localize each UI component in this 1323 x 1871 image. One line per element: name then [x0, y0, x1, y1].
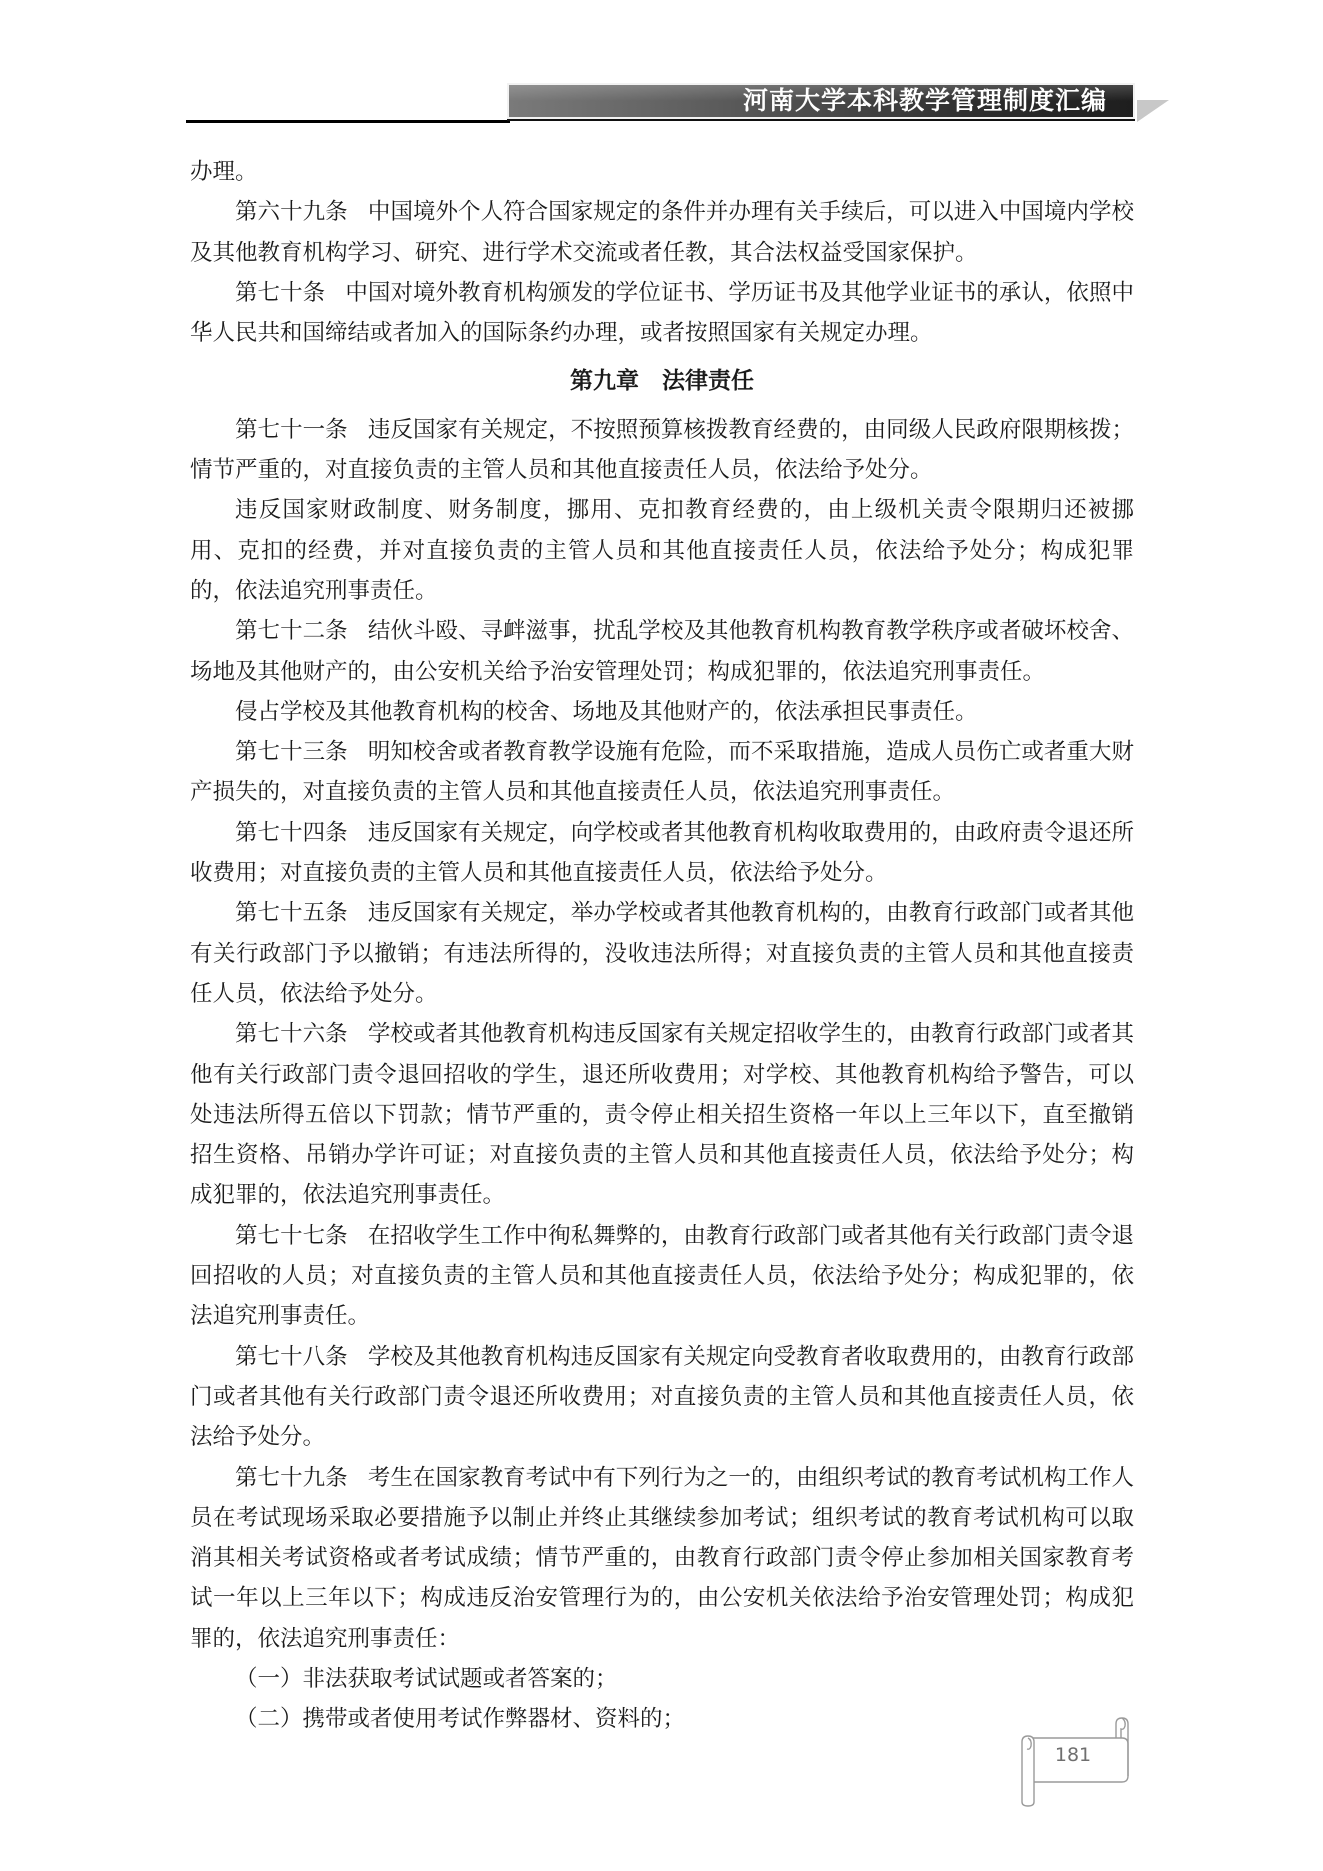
article-number: 第六十九条: [235, 199, 348, 225]
article-79-item-2: （二）携带或者使用考试作弊器材、资料的；: [190, 1699, 1134, 1739]
article-74: 第七十四条违反国家有关规定，向学校或者其他教育机构收取费用的，由政府责令退还所收…: [190, 813, 1134, 894]
article-71-paragraph-2: 违反国家财政制度、财务制度，挪用、克扣教育经费的，由上级机关责令限期归还被挪用、…: [190, 490, 1134, 611]
article-number: 第七十六条: [235, 1021, 348, 1047]
page-number: 181: [1048, 1744, 1098, 1766]
article-69: 第六十九条中国境外个人符合国家规定的条件并办理有关手续后，可以进入中国境内学校及…: [190, 192, 1134, 273]
running-header-title: 河南大学本科教学管理制度汇编: [743, 86, 1107, 116]
document-body: 办理。 第六十九条中国境外个人符合国家规定的条件并办理有关手续后，可以进入中国境…: [190, 152, 1134, 1740]
article-76: 第七十六条学校或者其他教育机构违反国家有关规定招收学生的，由教育行政部门或者其他…: [190, 1014, 1134, 1215]
article-79: 第七十九条考生在国家教育考试中有下列行为之一的，由组织考试的教育考试机构工作人员…: [190, 1458, 1134, 1659]
article-75: 第七十五条违反国家有关规定，举办学校或者其他教育机构的，由教育行政部门或者其他有…: [190, 893, 1134, 1014]
article-text: 学校或者其他教育机构违反国家有关规定招收学生的，由教育行政部门或者其他有关行政部…: [190, 1021, 1134, 1208]
article-77: 第七十七条在招收学生工作中徇私舞弊的，由教育行政部门或者其他有关行政部门责令退回…: [190, 1216, 1134, 1337]
header-fold-decoration: [1137, 100, 1169, 122]
article-number: 第七十八条: [235, 1344, 348, 1370]
header-rule: [186, 120, 510, 123]
article-number: 第七十二条: [235, 618, 348, 644]
article-number: 第七十一条: [235, 417, 348, 443]
article-number: 第七十三条: [235, 739, 348, 765]
article-79-item-1: （一）非法获取考试试题或者答案的；: [190, 1659, 1134, 1699]
article-78: 第七十八条学校及其他教育机构违反国家有关规定向受教育者收取费用的，由教育行政部门…: [190, 1337, 1134, 1458]
article-number: 第七十五条: [235, 900, 348, 926]
article-number: 第七十四条: [235, 820, 348, 846]
article-72: 第七十二条结伙斗殴、寻衅滋事，扰乱学校及其他教育机构教育教学秩序或者破坏校舍、场…: [190, 611, 1134, 692]
article-70: 第七十条中国对境外教育机构颁发的学位证书、学历证书及其他学业证书的承认，依照中华…: [190, 273, 1134, 354]
paragraph-continuation: 办理。: [190, 152, 1134, 192]
article-number: 第七十七条: [235, 1223, 348, 1249]
article-text: 中国对境外教育机构颁发的学位证书、学历证书及其他学业证书的承认，依照中华人民共和…: [190, 280, 1134, 346]
article-73: 第七十三条明知校舍或者教育教学设施有危险，而不采取措施，造成人员伤亡或者重大财产…: [190, 732, 1134, 813]
article-number: 第七十九条: [235, 1465, 348, 1491]
article-number: 第七十条: [235, 280, 325, 306]
header-banner: 河南大学本科教学管理制度汇编: [507, 83, 1135, 119]
chapter-heading: 第九章 法律责任: [190, 361, 1134, 401]
article-72-paragraph-2: 侵占学校及其他教育机构的校舍、场地及其他财产的，依法承担民事责任。: [190, 692, 1134, 732]
article-71: 第七十一条违反国家有关规定，不按照预算核拨教育经费的，由同级人民政府限期核拨；情…: [190, 410, 1134, 491]
article-text: 考生在国家教育考试中有下列行为之一的，由组织考试的教育考试机构工作人员在考试现场…: [190, 1465, 1134, 1652]
